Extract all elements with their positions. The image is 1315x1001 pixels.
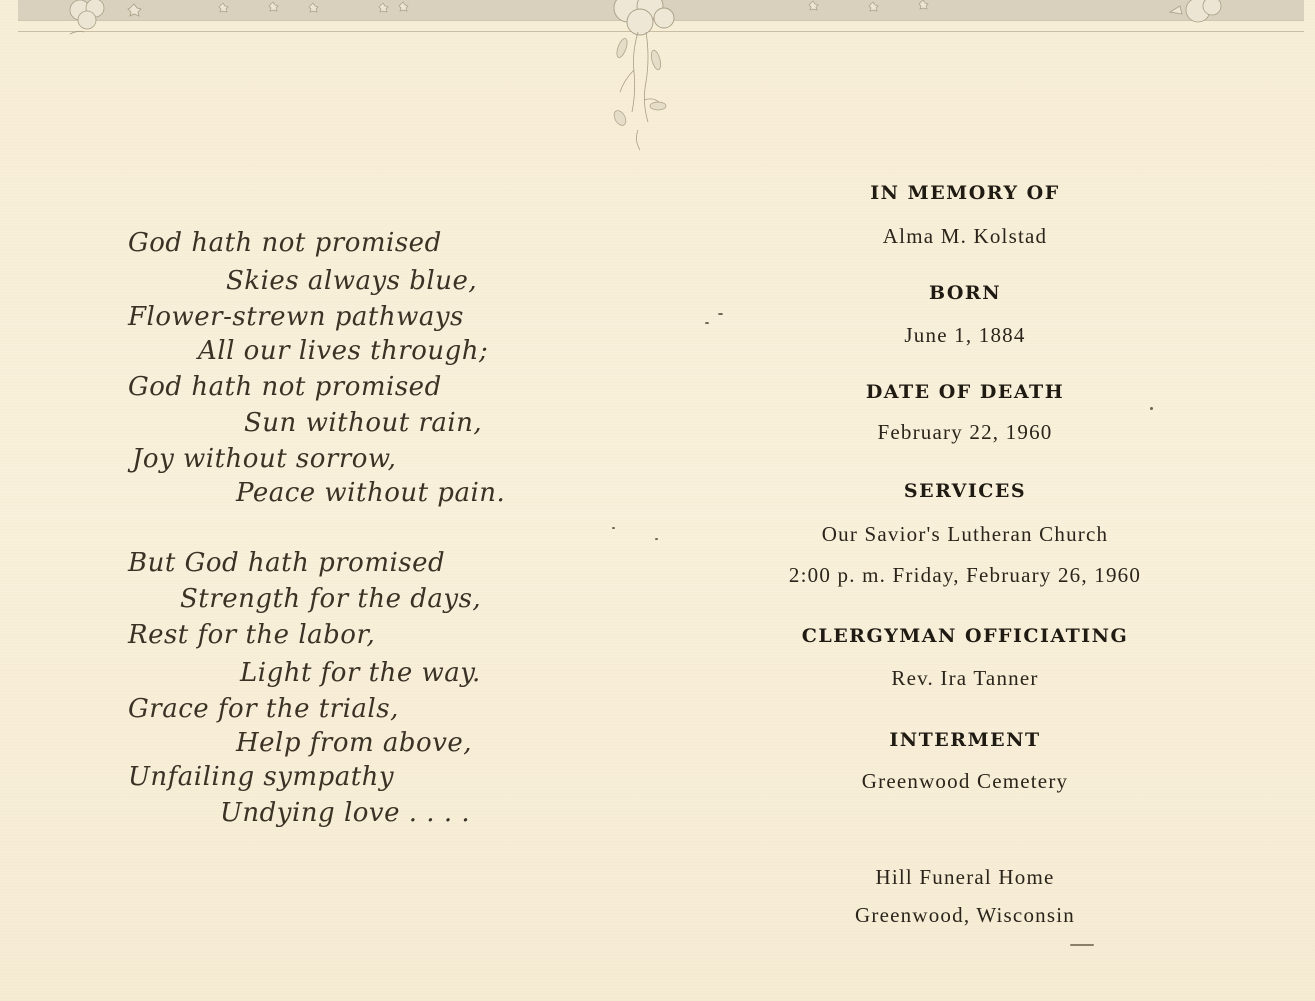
flower-spray-center-icon [598, 0, 698, 160]
interment-heading: INTERMENT [730, 729, 1200, 751]
poem-line: Grace for the trials, [128, 694, 399, 724]
paper-speck [655, 538, 658, 540]
poem-line: God hath not promised [128, 372, 442, 402]
poem-line: Flower-strewn pathways [128, 302, 464, 332]
services-place: Our Savior's Lutheran Church [730, 522, 1200, 547]
poem-line: Peace without pain. [236, 478, 505, 508]
poem-line: But God hath promised [128, 548, 445, 578]
death-heading: DATE OF DEATH [730, 381, 1200, 403]
paper-speck [705, 322, 709, 324]
poem-line: Help from above, [236, 728, 472, 758]
band-stars-left-icon [210, 0, 560, 20]
poem-line: Joy without sorrow, [132, 444, 396, 474]
paper-mark [1070, 944, 1094, 946]
flower-left-icon [50, 0, 160, 36]
poem-line: Strength for the days, [180, 584, 481, 614]
services-heading: SERVICES [730, 480, 1200, 502]
poem-line: Light for the way. [240, 658, 481, 688]
paper-speck [1150, 407, 1153, 410]
poem-line: God hath not promised [128, 228, 442, 258]
deceased-name: Alma M. Kolstad [730, 224, 1200, 249]
poem-line: Unfailing sympathy [128, 762, 394, 792]
services-time: 2:00 p. m. Friday, February 26, 1960 [730, 563, 1200, 588]
clergy-heading: CLERGYMAN OFFICIATING [730, 625, 1200, 647]
band-stars-right-icon [780, 0, 1080, 20]
poem-line: All our lives through; [198, 336, 488, 366]
paper-speck [718, 313, 723, 315]
in-memory-heading: IN MEMORY OF [730, 182, 1200, 204]
paper-speck [612, 527, 615, 529]
born-date: June 1, 1884 [730, 323, 1200, 348]
poem-line: Rest for the labor, [128, 620, 375, 650]
funeral-home-name: Hill Funeral Home [730, 865, 1200, 890]
poem-line: Sun without rain, [244, 408, 482, 438]
poem-line: Undying love . . . . [220, 798, 470, 828]
death-date: February 22, 1960 [730, 420, 1200, 445]
funeral-home-location: Greenwood, Wisconsin [730, 903, 1200, 928]
clergy-name: Rev. Ira Tanner [730, 666, 1200, 691]
poem-line: Skies always blue, [226, 266, 477, 296]
born-heading: BORN [730, 282, 1200, 304]
flower-right-icon [1150, 0, 1250, 36]
interment-place: Greenwood Cemetery [730, 769, 1200, 794]
